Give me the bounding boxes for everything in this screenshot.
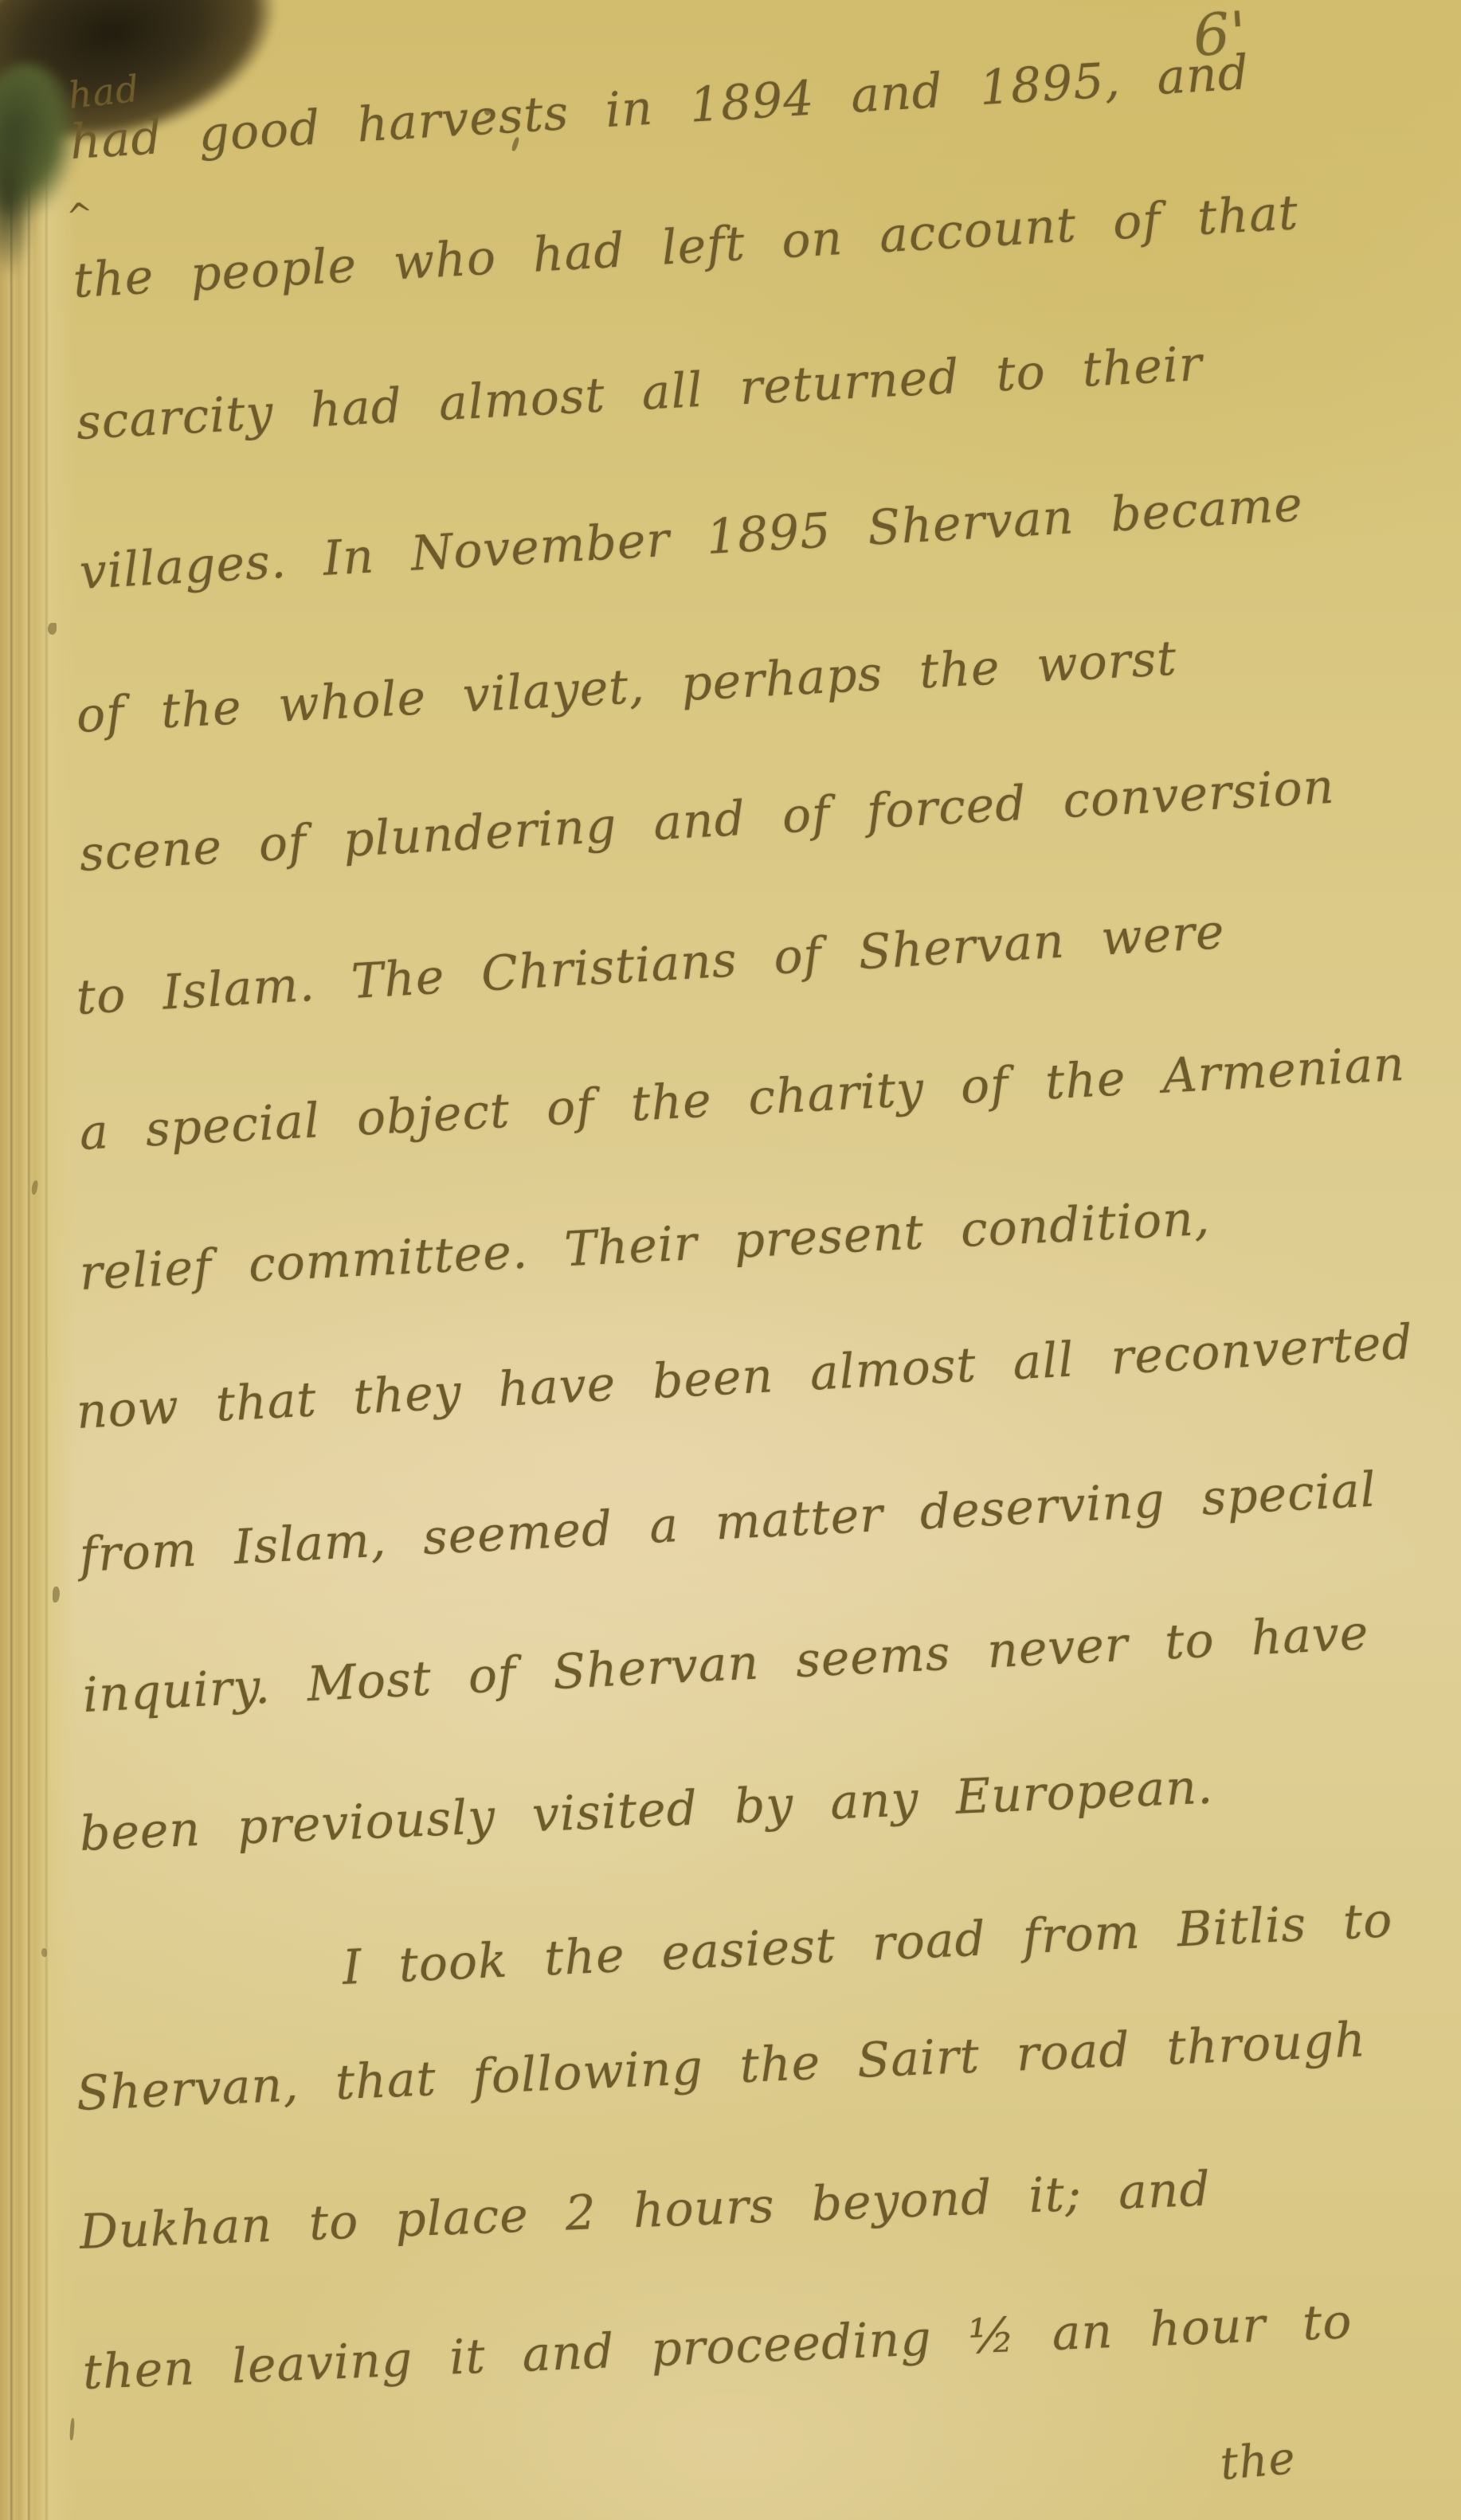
ink-speck: [41, 1948, 47, 1957]
handwritten-line: Shervan, that following the Sairt road t…: [76, 2015, 1367, 2119]
catchword: the: [1218, 2436, 1297, 2489]
handwritten-line paragraph-start: I took the easiest road from Bitlis to: [342, 1896, 1394, 1994]
handwritten-line: a special object of the charity of the A…: [78, 1039, 1406, 1159]
manuscript-page: 6' had ^ had good harvests in 1894 and 1…: [0, 0, 1461, 2520]
handwritten-line: Dukhan to place 2 hours beyond it; and: [79, 2164, 1212, 2257]
ink-speck: [48, 623, 57, 635]
handwritten-line: scarcity had almost all returned to thei…: [75, 339, 1204, 448]
page-gutter-edge: [0, 0, 76, 2520]
handwritten-line: the people who had left on account of th…: [72, 188, 1299, 307]
ink-speck: [484, 108, 490, 115]
caret-mark: ^: [65, 197, 96, 233]
handwritten-line: to Islam. The Christians of Shervan were: [75, 907, 1226, 1023]
handwritten-line: scene of plundering and of forced conver…: [78, 762, 1336, 880]
handwritten-line: villages. In November 1895 Shervan becam…: [78, 479, 1304, 598]
interlinear-insertion: had: [66, 69, 141, 115]
handwritten-line: from Islam, seemed a matter deserving sp…: [78, 1465, 1377, 1581]
handwritten-line: inquiry. Most of Shervan seems never to …: [81, 1608, 1369, 1721]
handwritten-line: been previously visited by any European.: [79, 1762, 1215, 1860]
handwritten-line: relief committee. Their present conditio…: [78, 1194, 1211, 1299]
handwritten-line: now that they have been almost all recon…: [75, 1317, 1414, 1438]
handwritten-line: of the whole vilayet, perhaps the worst: [75, 634, 1177, 742]
handwritten-line: then leaving it and proceeding ½ an hour…: [82, 2297, 1353, 2398]
